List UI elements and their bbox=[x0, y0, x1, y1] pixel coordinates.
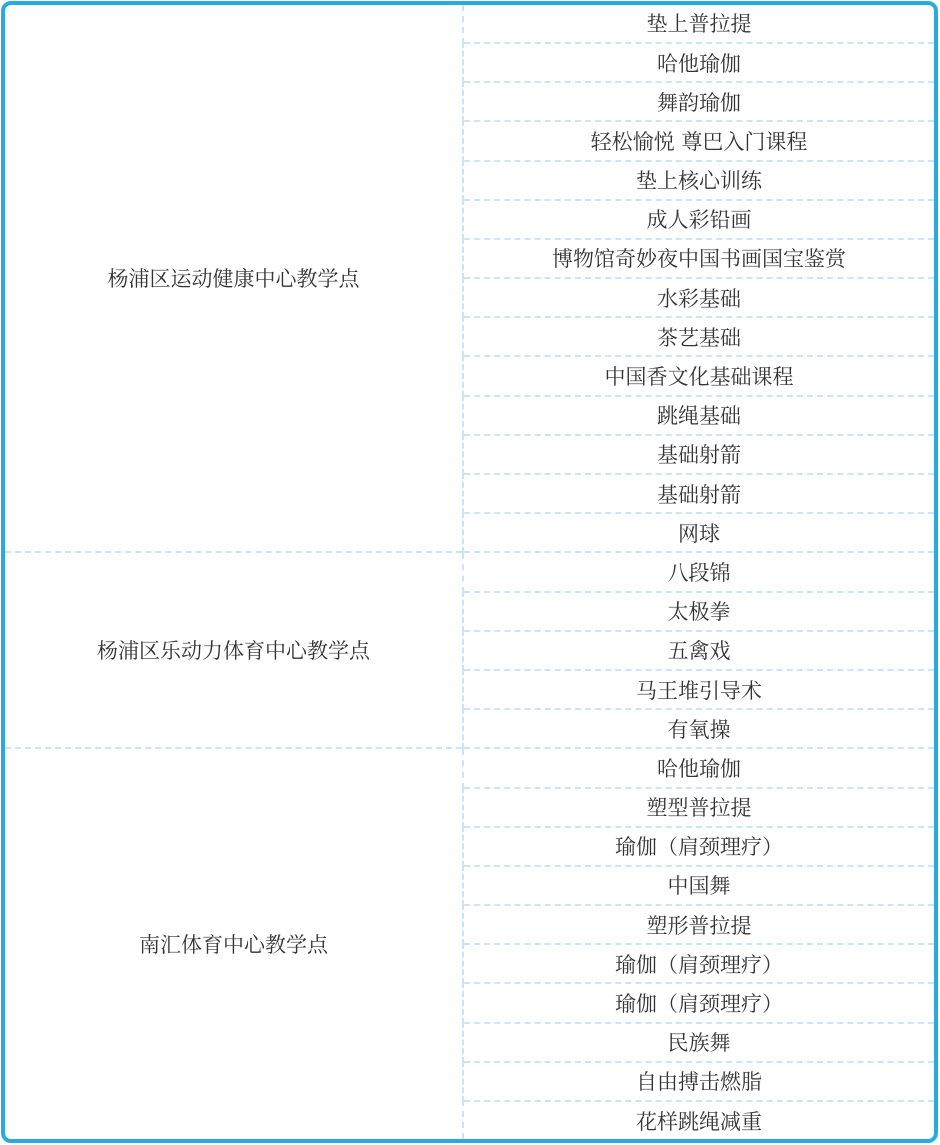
course-cell: 博物馆奇妙夜中国书画国宝鉴赏 bbox=[463, 239, 934, 278]
table-row: 杨浦区乐动力体育中心教学点八段锦 bbox=[5, 552, 934, 591]
course-cell: 有氧操 bbox=[463, 709, 934, 748]
course-cell: 瑜伽（肩颈理疗） bbox=[463, 827, 934, 866]
course-cell: 塑形普拉提 bbox=[463, 905, 934, 944]
course-cell: 花样跳绳减重 bbox=[463, 1101, 934, 1139]
course-cell: 网球 bbox=[463, 513, 934, 552]
course-table: 杨浦区运动健康中心教学点垫上普拉提哈他瑜伽舞韵瑜伽轻松愉悦 尊巴入门课程垫上核心… bbox=[5, 5, 934, 1139]
course-cell: 自由搏击燃脂 bbox=[463, 1062, 934, 1101]
course-cell: 瑜伽（肩颈理疗） bbox=[463, 983, 934, 1022]
course-cell: 垫上核心训练 bbox=[463, 161, 934, 200]
teaching-point-cell: 杨浦区运动健康中心教学点 bbox=[5, 5, 463, 552]
course-cell: 基础射箭 bbox=[463, 474, 934, 513]
course-cell: 水彩基础 bbox=[463, 278, 934, 317]
course-cell: 哈他瑜伽 bbox=[463, 748, 934, 787]
course-cell: 塑型普拉提 bbox=[463, 788, 934, 827]
table-row: 杨浦区运动健康中心教学点垫上普拉提 bbox=[5, 5, 934, 43]
course-cell: 马王堆引导术 bbox=[463, 670, 934, 709]
table-frame: 杨浦区运动健康中心教学点垫上普拉提哈他瑜伽舞韵瑜伽轻松愉悦 尊巴入门课程垫上核心… bbox=[1, 1, 938, 1143]
course-cell: 太极拳 bbox=[463, 592, 934, 631]
course-cell: 中国舞 bbox=[463, 866, 934, 905]
course-cell: 成人彩铅画 bbox=[463, 200, 934, 239]
course-cell: 轻松愉悦 尊巴入门课程 bbox=[463, 121, 934, 160]
course-cell: 八段锦 bbox=[463, 552, 934, 591]
teaching-point-cell: 南汇体育中心教学点 bbox=[5, 748, 463, 1139]
course-cell: 跳绳基础 bbox=[463, 396, 934, 435]
teaching-point-cell: 杨浦区乐动力体育中心教学点 bbox=[5, 552, 463, 748]
course-cell: 中国香文化基础课程 bbox=[463, 356, 934, 395]
course-cell: 瑜伽（肩颈理疗） bbox=[463, 944, 934, 983]
course-cell: 哈他瑜伽 bbox=[463, 43, 934, 82]
course-cell: 五禽戏 bbox=[463, 631, 934, 670]
course-cell: 基础射箭 bbox=[463, 435, 934, 474]
course-cell: 垫上普拉提 bbox=[463, 5, 934, 43]
course-cell: 民族舞 bbox=[463, 1023, 934, 1062]
table-row: 南汇体育中心教学点哈他瑜伽 bbox=[5, 748, 934, 787]
course-cell: 茶艺基础 bbox=[463, 317, 934, 356]
course-cell: 舞韵瑜伽 bbox=[463, 82, 934, 121]
course-table-body: 杨浦区运动健康中心教学点垫上普拉提哈他瑜伽舞韵瑜伽轻松愉悦 尊巴入门课程垫上核心… bbox=[5, 5, 934, 1139]
